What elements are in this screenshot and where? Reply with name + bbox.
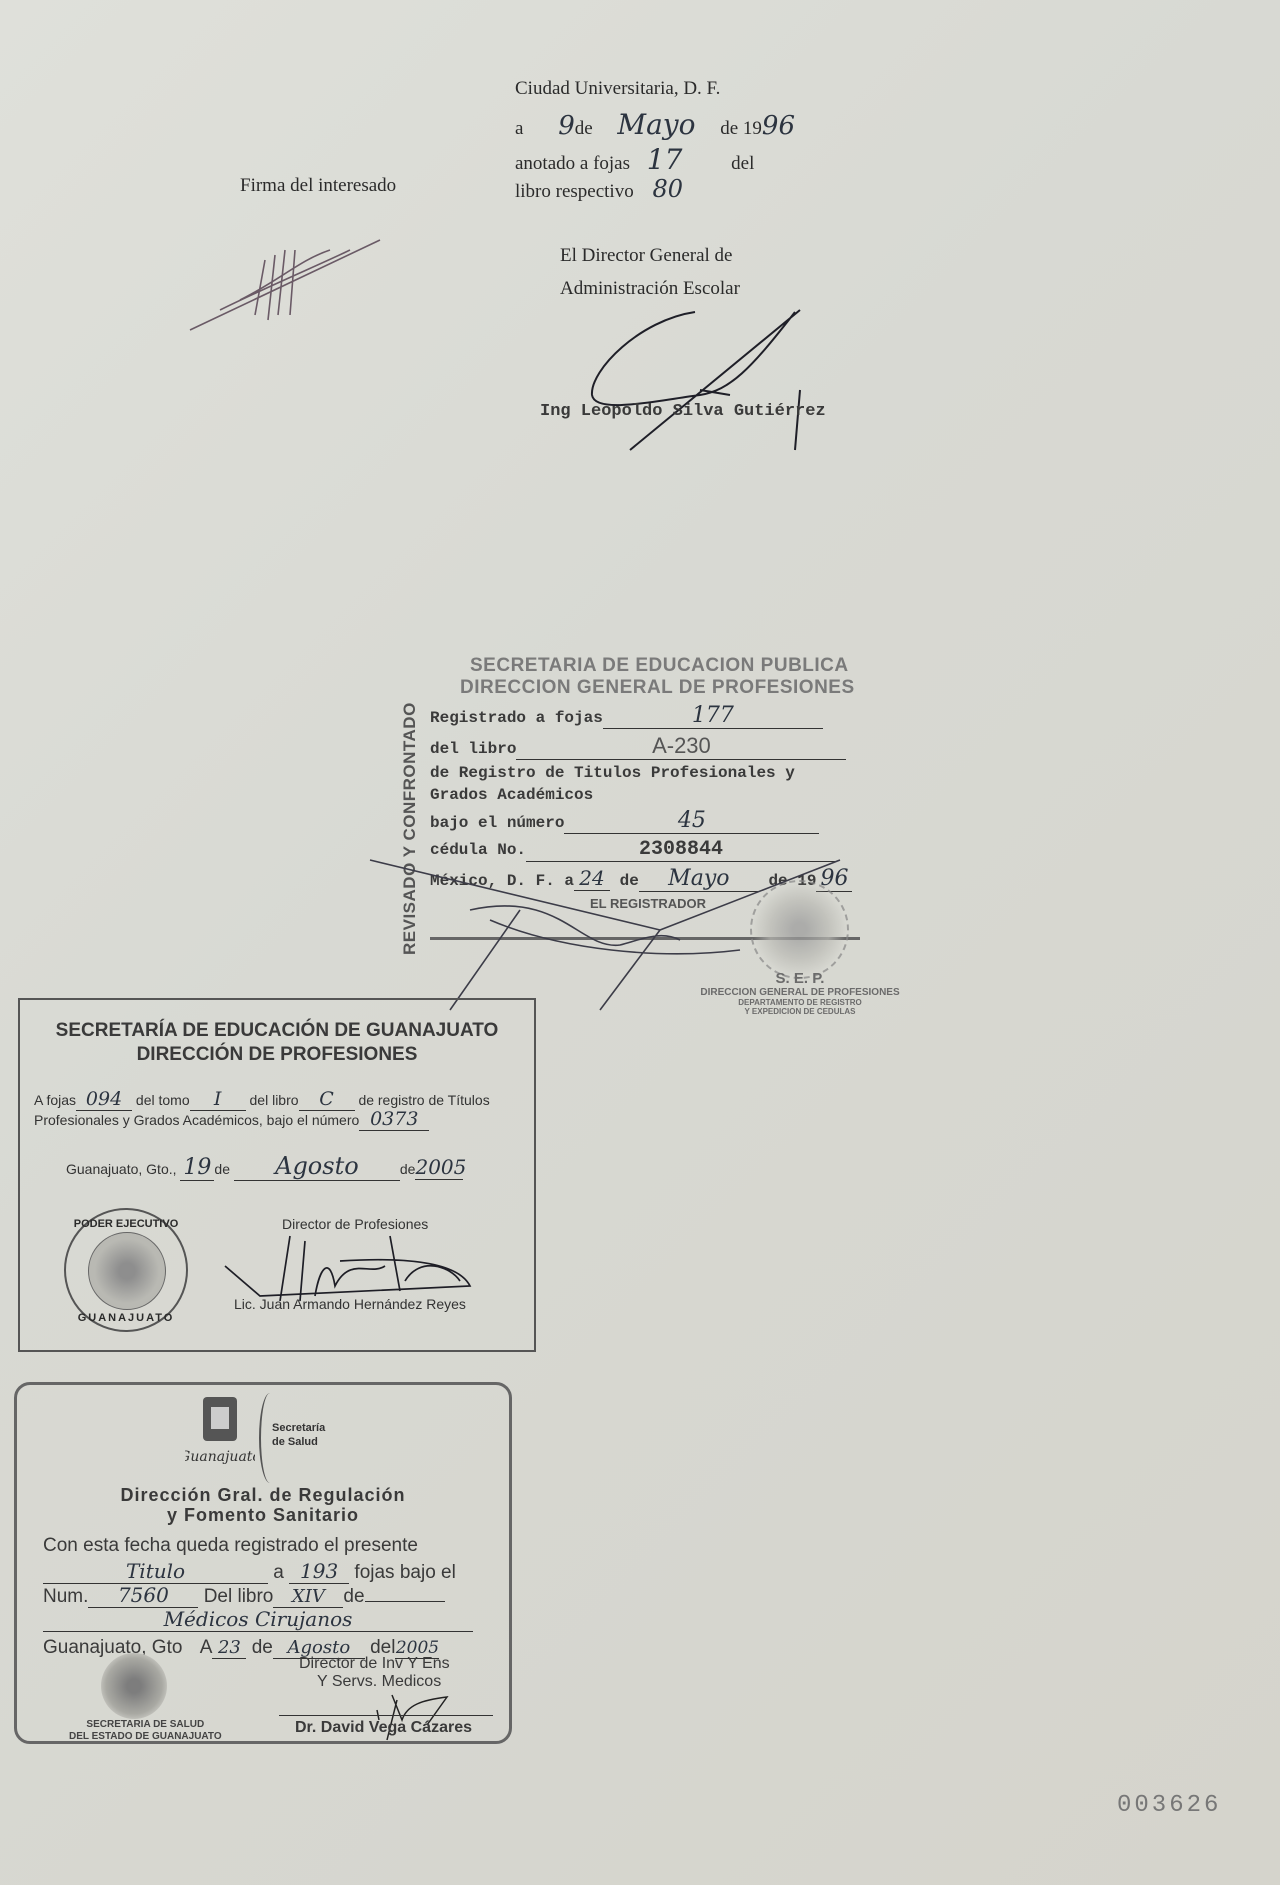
de-salud-text: de Salud	[272, 1436, 318, 1448]
gto-registro-text: de registro de Títulos	[358, 1092, 489, 1108]
gto-month: Agosto	[234, 1152, 400, 1181]
libro-line: libro respectivo 80	[515, 175, 683, 203]
sep-fecha-de: de	[620, 872, 639, 890]
gto-title-1: SECRETARÍA DE EDUCACIÓN DE GUANAJUATO	[20, 1020, 534, 1042]
gto-de-1: de	[214, 1161, 230, 1177]
date-day: 9	[558, 111, 575, 141]
gto-numero-row: Profesionales y Grados Académicos, bajo …	[34, 1108, 429, 1131]
seal-coat-of-arms	[88, 1232, 166, 1310]
gto-de-2: de	[400, 1161, 416, 1177]
gto-director-title: Director de Profesiones	[282, 1216, 428, 1232]
director-title-1: El Director General de	[560, 245, 733, 267]
anotado-label: anotado a fojas	[515, 153, 630, 174]
sep-fecha-month: Mayo	[639, 866, 759, 892]
sep-dept-line-3: Y EXPEDICION DE CEDULAS	[700, 1007, 900, 1016]
sep-numero-row: bajo el número45	[430, 808, 890, 834]
salud-num-row: Num.7560 Del libroXIVde	[43, 1583, 445, 1608]
firma-label: Firma del interesado	[240, 175, 396, 197]
date-de: de	[575, 118, 593, 139]
salud-director-title-2: Y Servs. Medicos	[317, 1673, 441, 1691]
date-month: Mayo	[617, 108, 695, 141]
sep-libro-row: del libroA-230	[430, 733, 890, 760]
gto-day: 19	[180, 1155, 214, 1181]
salud-libro-value: XIV	[273, 1586, 343, 1608]
sep-fecha-day: 24	[574, 866, 610, 891]
sep-numero-label: bajo el número	[430, 814, 564, 832]
guanajuato-logo-icon: Guanajuato	[185, 1393, 255, 1473]
secretaria-text: Secretaría	[272, 1422, 325, 1434]
salud-libro-label: Del libro	[204, 1586, 274, 1607]
salud-a-fecha: A	[200, 1637, 213, 1658]
salud-seal-text: SECRETARIA DE SALUDDEL ESTADO DE GUANAJU…	[69, 1719, 222, 1743]
sep-libro-label: del libro	[430, 740, 516, 758]
gto-education-stamp: SECRETARÍA DE EDUCACIÓN DE GUANAJUATO DI…	[18, 998, 536, 1352]
seal-top-text: PODER EJECUTIVO	[66, 1218, 186, 1230]
sep-registro-text: de Registro de Titulos Profesionales y	[430, 764, 890, 782]
gto-numero-label: Profesionales y Grados Académicos, bajo …	[34, 1112, 359, 1128]
sep-numero-value: 45	[564, 808, 819, 834]
gto-numero-value: 0373	[359, 1108, 429, 1131]
poder-ejecutivo-seal: PODER EJECUTIVO GUANAJUATO	[64, 1208, 188, 1332]
salud-de-label: de	[343, 1586, 364, 1607]
sep-abbr: S. E. P.	[700, 970, 900, 987]
date-prefix: a	[515, 118, 523, 139]
director-name: Ing Leopoldo Silva Gutiérrez	[540, 402, 826, 421]
salud-de-blank	[365, 1601, 445, 1602]
sep-grados-text: Grados Académicos	[430, 786, 890, 804]
gto-lugar: Guanajuato, Gto.,	[66, 1161, 177, 1177]
salud-num-value: 7560	[88, 1583, 198, 1608]
director-title-2: Administración Escolar	[560, 278, 740, 300]
sep-cedula-value: 2308844	[526, 838, 836, 862]
seal-line-2: DEL ESTADO DE GUANAJUATO	[69, 1731, 222, 1742]
salud-especialidad-row: Médicos Cirujanos	[43, 1607, 473, 1632]
sep-header-1: SECRETARIA DE EDUCACION PUBLICA	[430, 655, 890, 677]
gto-fecha-row: Guanajuato, Gto., 19de Agostode2005	[66, 1152, 463, 1181]
folio-number: 003626	[1117, 1792, 1221, 1819]
sep-fojas-label: Registrado a fojas	[430, 709, 603, 727]
salud-director-title-1: Director de Inv Y Ens	[299, 1655, 450, 1673]
revisado-vertical-text: REVISADO Y CONFRONTADO	[400, 702, 420, 955]
sep-header-2: DIRECCION GENERAL DE PROFESIONES	[430, 677, 890, 699]
interesado-signature	[180, 220, 400, 340]
date-year-suffix: 96	[762, 111, 795, 141]
sep-cedula-label: cédula No.	[430, 841, 526, 859]
salud-signature-line	[279, 1715, 493, 1716]
anotado-line: anotado a fojas 17 del	[515, 143, 754, 176]
sep-cedula-row: cédula No.2308844	[430, 838, 890, 862]
salud-secretaria: Secretaríade Salud	[272, 1421, 325, 1449]
salud-director-name: Dr. David Vega Cázares	[295, 1719, 472, 1737]
salud-fojas-row: Titulo a 193 fojas bajo el	[43, 1559, 456, 1584]
sep-fecha-label: México, D. F. a	[430, 872, 574, 890]
gto-libro-label: del libro	[250, 1092, 299, 1108]
salud-line-1: Con esta fecha queda registrado el prese…	[43, 1535, 418, 1557]
salud-num-label: Num.	[43, 1586, 88, 1607]
gto-year: 2005	[415, 1155, 463, 1180]
director-signature	[580, 300, 860, 460]
place-line: Ciudad Universitaria, D. F.	[515, 78, 720, 100]
sep-fojas-row: Registrado a fojas177	[430, 703, 890, 729]
salud-coat-of-arms-seal	[101, 1653, 167, 1719]
gto-fojas-label: A fojas	[34, 1092, 76, 1108]
salud-stamp: Guanajuato Secretaríade Salud Dirección …	[14, 1382, 512, 1744]
gto-title-2: DIRECCIÓN DE PROFESIONES	[20, 1044, 534, 1066]
salud-especialidad: Médicos Cirujanos	[43, 1607, 473, 1632]
salud-header-1: Dirección Gral. de Regulación	[17, 1485, 509, 1506]
sep-seal	[750, 880, 849, 979]
anotado-del: del	[731, 153, 754, 174]
libro-value: 80	[652, 175, 683, 203]
gto-director-name: Lic. Juan Armando Hernández Reyes	[234, 1296, 466, 1312]
date-line: a 9de Mayo de 1996	[515, 108, 795, 141]
salud-fojas-label: fojas bajo el	[354, 1562, 455, 1583]
salud-day: 23	[212, 1637, 246, 1659]
sep-dept-line-1: DIRECCION GENERAL DE PROFESIONES	[700, 987, 900, 998]
sep-fojas-value: 177	[603, 703, 823, 729]
gto-tomo-label: del tomo	[136, 1092, 190, 1108]
salud-de-fecha: de	[252, 1637, 273, 1658]
salud-documento: Titulo	[43, 1559, 268, 1584]
sep-dept-line-2: DEPARTAMENTO DE REGISTRO	[700, 998, 900, 1007]
date-year-prefix: de 19	[720, 118, 762, 139]
sep-department-stamp: S. E. P. DIRECCION GENERAL DE PROFESIONE…	[700, 970, 900, 1016]
salud-a-label: a	[273, 1562, 284, 1583]
svg-text:Guanajuato: Guanajuato	[185, 1449, 255, 1465]
salud-lugar: Guanajuato, Gto	[43, 1637, 182, 1658]
seal-bottom-text: GUANAJUATO	[66, 1312, 186, 1324]
salud-header-2: y Fomento Sanitario	[17, 1505, 509, 1526]
anotado-fojas: 17	[647, 143, 683, 176]
seal-line-1: SECRETARIA DE SALUD	[86, 1719, 204, 1730]
sep-libro-value: A-230	[516, 733, 846, 760]
salud-fojas-value: 193	[289, 1559, 349, 1584]
libro-label: libro respectivo	[515, 181, 634, 202]
